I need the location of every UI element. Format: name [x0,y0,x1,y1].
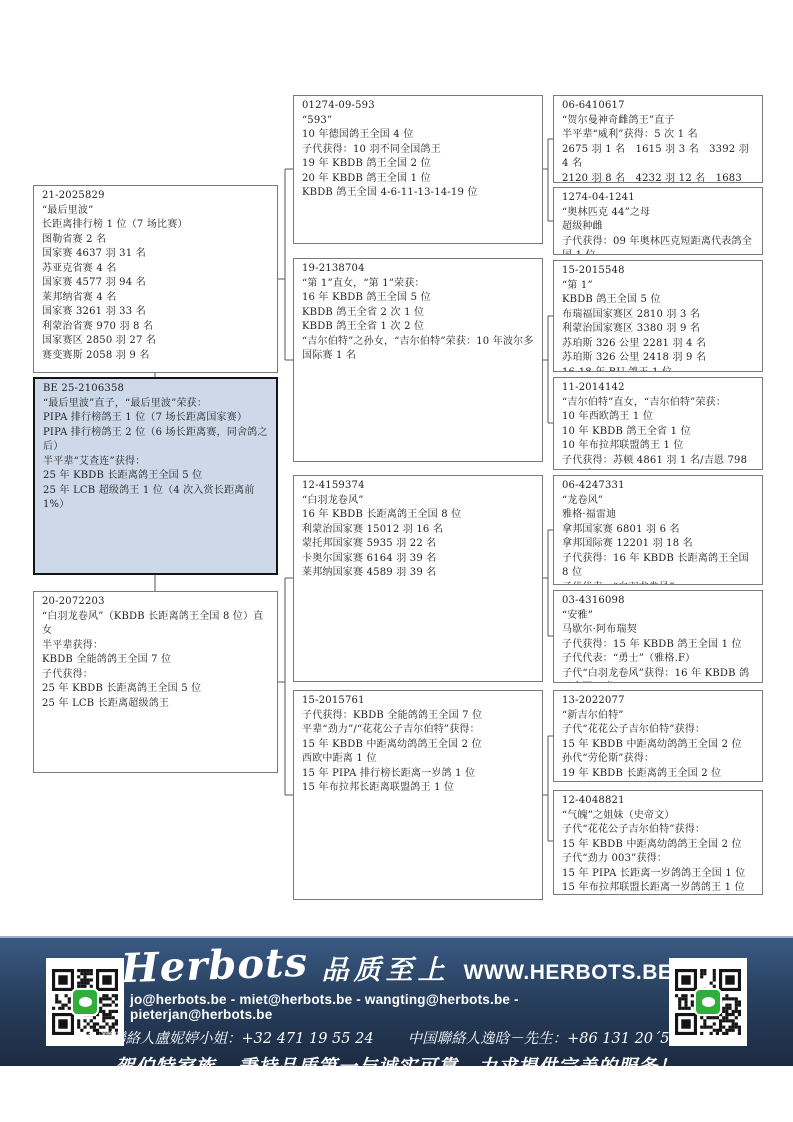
pedigree-box-grandsire-2: 12-4159374 “白羽龙卷风”16 年 KBDB 长距离鸽王全国 8 位利… [293,475,543,682]
achievement-list: “第 1”直女，“第 1”荣获：16 年 KBDB 鸽王全国 5 位KBDB 鸽… [302,277,535,364]
text-line: 长距离排行榜 1 位（7 场比赛） [42,218,270,233]
text-line: KBDB 全能鸽鸽王全国 7 位 [42,653,270,668]
herbots-logo: Herbots [120,941,308,991]
ring-number: 12-4048821 [562,794,755,809]
text-line: 蒙托邦国家赛 5935 羽 22 名 [302,537,535,552]
connector-gdam2-bracket [543,736,553,841]
text-line: 子代获得：10 羽不同全国鸽王 [302,143,535,158]
footer-content: Herbots 品质至上 WWW.HERBOTS.BE jo@herbots.b… [130,944,663,1062]
ring-number: 03-4316098 [562,594,755,609]
text-line: 赛变赛斯 2058 羽 9 名 [42,349,270,364]
contact-china: 中国聯絡人逸晗－先生：+86 131 20´5 0755 [408,1027,711,1048]
text-line: 10 年德国鸽王全国 4 位 [302,128,535,143]
text-line: 国家赛区 2850 羽 27 名 [42,334,270,349]
achievement-list: “最后里波”直子，“最后里波”荣获：PIPA 排行榜鸽王 1 位（7 场长距离国… [43,397,269,513]
pedigree-box-ggparent-5: 06-4247331 “龙卷风”雅格·福雷迪拿邦国家赛 6801 羽 6 名拿邦… [553,475,763,585]
achievement-list: 子代获得：KBDB 全能鸽鸽王全国 7 位平辈“劲力”/“花花公子吉尔伯特”获得… [302,709,535,796]
pedigree-box-sire: 21-2025829 “最后里波”长距离排行榜 1 位（7 场比赛）图勒省赛 2… [33,185,278,373]
ring-number: BE 25-2106358 [43,382,269,397]
text-line: 利蒙治国家赛区 3380 羽 9 名 [562,322,755,337]
text-line: 苏珀斯 326 公里 2418 羽 9 名 [562,351,755,366]
text-line: “新吉尔伯特” [562,709,755,724]
text-line: 子代获得： [42,668,270,683]
achievement-list: “最后里波”长距离排行榜 1 位（7 场比赛）图勒省赛 2 名国家赛 4637 … [42,204,270,364]
text-line: 半平辈获得： [42,639,270,654]
ring-number: 20-2072203 [42,595,270,610]
connector-sire-bracket [278,169,293,360]
achievement-list: “贺尔曼神奇雌鸽王”直子半平辈“威利”获得：5 次 1 名2675 羽 1 名 … [562,114,755,184]
ring-number: 21-2025829 [42,189,270,204]
text-line: 10 年 KBDB 鸽王全省 1 位 [562,425,755,440]
text-line: PIPA 排行榜鸽王 1 位（7 场长距离国家赛） [43,411,269,426]
text-line: “龙卷风” [562,494,755,509]
text-line: “最后里波”直子，“最后里波”荣获： [43,397,269,412]
footer-contacts-row: 台灣聯絡人盧妮婷小姐：+32 471 19 55 24 中国聯絡人逸晗－先生：+… [82,1027,711,1048]
connector-gdam1-bracket [543,316,553,423]
text-line: 16-18 年 BU 鸽王 1 位 [562,366,755,373]
text-line: 25 年 LCB 超级鸽王 1 位（4 次入赏长距离前 1%） [43,484,269,513]
text-line: 国家赛 3261 羽 33 名 [42,305,270,320]
text-line: 15 年 PIPA 长距离一岁鸽鸽王全国 1 位 [562,867,755,882]
pedigree-box-subject-highlighted: BE 25-2106358 “最后里波”直子，“最后里波”荣获：PIPA 排行榜… [33,377,278,575]
text-line: 10 年布拉邦联盟鸽王 1 位 [562,439,755,454]
text-line: 15 年 KBDB 中距离幼鸽鸽王全国 2 位 [562,738,755,753]
achievement-list: “新吉尔伯特”子代“花花公子吉尔伯特”获得：15 年 KBDB 中距离幼鸽鸽王全… [562,709,755,783]
pedigree-box-ggparent-1: 06-6410617 “贺尔曼神奇雌鸽王”直子半平辈“威利”获得：5 次 1 名… [553,95,763,183]
footer-email-links[interactable]: jo@herbots.be - miet@herbots.be - wangti… [130,992,663,1022]
text-line: 国家赛 4637 羽 31 名 [42,247,270,262]
wechat-icon [694,988,722,1016]
text-line: “第 1”直女，“第 1”荣获： [302,277,535,292]
text-line: 国家赛 4577 羽 94 名 [42,276,270,291]
text-line: “白羽龙卷风” [302,494,535,509]
text-line: “气魄”之姐妹（史帝文） [562,809,755,824]
text-line: 2675 羽 1 名 1615 羽 3 名 3392 羽 4 名 [562,143,755,172]
footer-tagline: 贺伯特家族...秉持品质第一与诚实可靠，力求提供完美的服务！ [115,1052,678,1079]
text-line: 25 年 KBDB 长距离鸽王全国 5 位 [42,682,270,697]
text-line: “最后里波” [42,204,270,219]
text-line: 图勒省赛 2 名 [42,233,270,248]
text-line: 子代“白羽龙卷风”获得：16 年 KBDB 鸽王全国 8 位 [562,667,755,684]
text-line: “593” [302,114,535,129]
footer-banner: Herbots 品质至上 WWW.HERBOTS.BE jo@herbots.b… [0,936,793,1066]
ring-number: 06-6410617 [562,99,755,114]
text-line: 19 年 KBDB 鸽王全国 2 位 [302,157,535,172]
line-icon [71,988,99,1016]
text-line: 苏亚克省赛 4 名 [42,262,270,277]
achievement-list: “白羽龙卷风”（KBDB 长距离鸽王全国 8 位）直女半平辈获得：KBDB 全能… [42,610,270,712]
text-line: 15 年 KBDB 中距离幼鸽鸽王全国 2 位 [562,838,755,853]
pedigree-box-ggparent-4: 11-2014142 “吉尔伯特”直女，“吉尔伯特”荣获：10 年西欧鸽王 1 … [553,377,763,470]
pedigree-box-dam: 20-2072203 “白羽龙卷风”（KBDB 长距离鸽王全国 8 位）直女半平… [33,591,278,773]
text-line: 17 年 KBDB 全能鸽鸽王全国 7 位 [562,781,755,782]
text-line: 布瑞福国家赛区 2810 羽 3 名 [562,308,755,323]
text-line: 子代获得：KBDB 全能鸽鸽王全国 7 位 [302,709,535,724]
ring-number: 19-2138704 [302,262,535,277]
pedigree-box-granddam-1: 19-2138704 “第 1”直女，“第 1”荣获：16 年 KBDB 鸽王全… [293,258,543,462]
text-line: PIPA 排行榜鸽王 2 位（6 场长距离赛，同舍鸽之后） [43,426,269,455]
text-line: 子代获得：苏顿 4861 羽 1 名/吉恩 798 羽 1 名 [562,454,755,471]
pedigree-page: 21-2025829 “最后里波”长距离排行榜 1 位（7 场比赛）图勒省赛 2… [0,0,793,1122]
text-line: 15 年布拉邦长距离联盟鸽王 1 位 [302,781,535,796]
text-line: 子代代表：“勇士”（雅格.F） [562,652,755,667]
connector-dam-bracket [278,578,293,795]
text-line: 超级种雌 [562,220,755,235]
text-line: 西欧中距离 1 位 [302,752,535,767]
text-line: 雅格·福雷迪 [562,508,755,523]
achievement-list: “白羽龙卷风”16 年 KBDB 长距离鸽王全国 8 位利蒙治国家赛 15012… [302,494,535,581]
text-line: 平辈“劲力”/“花花公子吉尔伯特”获得： [302,723,535,738]
wechat-qr-code [669,958,747,1046]
text-line: 半平辈“艾查连”获得： [43,455,269,470]
text-line: 孙代“劳伦斯”获得： [562,752,755,767]
pedigree-box-granddam-2: 15-2015761 子代获得：KBDB 全能鸽鸽王全国 7 位平辈“劲力”/“… [293,690,543,900]
text-line: 拿邦国家赛 6801 羽 6 名 [562,523,755,538]
ring-number: 13-2022077 [562,694,755,709]
text-line: 10 年西欧鸽王 1 位 [562,410,755,425]
text-line: 子代“花花公子吉尔伯特”获得： [562,823,755,838]
contact-taiwan: 台灣聯絡人盧妮婷小姐：+32 471 19 55 24 [82,1027,374,1048]
text-line: KBDB 鸽王全国 5 位 [562,293,755,308]
pedigree-box-ggparent-7: 13-2022077 “新吉尔伯特”子代“花花公子吉尔伯特”获得：15 年 KB… [553,690,763,782]
text-line: KBDB 鸽王全国 4-6-11-13-14-19 位 [302,186,535,201]
text-line: KBDB 鸽王全省 1 次 2 位 [302,320,535,335]
ring-number: 06-4247331 [562,479,755,494]
connector-gsire1-bracket [543,139,553,221]
text-line: 卡奥尔国家赛 6164 羽 39 名 [302,552,535,567]
connector-gsire2-bracket [543,530,553,636]
achievement-list: “第 1”KBDB 鸽王全国 5 位布瑞福国家赛区 2810 羽 3 名利蒙治国… [562,279,755,373]
text-line: 15 年布拉邦联盟长距离一岁鸽鸽王 1 位 [562,881,755,895]
text-line: 子代代表：“白羽龙卷风” [562,581,755,586]
text-line: 16 年 KBDB 鸽王全国 5 位 [302,291,535,306]
text-line: 马歇尔·阿布瑞契 [562,623,755,638]
text-line: “贺尔曼神奇雌鸽王”直子 [562,114,755,129]
text-line: 25 年 KBDB 长距离鸽王全国 5 位 [43,469,269,484]
achievement-list: “593”10 年德国鸽王全国 4 位子代获得：10 羽不同全国鸽王19 年 K… [302,114,535,201]
text-line: 子代获得：15 年 KBDB 鸽王全国 1 位 [562,638,755,653]
text-line: 拿邦国际赛 12201 羽 18 名 [562,537,755,552]
text-line: 子代“花花公子吉尔伯特”获得： [562,723,755,738]
text-line: “第 1” [562,279,755,294]
achievement-list: “吉尔伯特”直女，“吉尔伯特”荣获：10 年西欧鸽王 1 位10 年 KBDB … [562,396,755,471]
text-line: 利蒙治国家赛 15012 羽 16 名 [302,523,535,538]
text-line: “吉尔伯特”之孙女，“吉尔伯特”荣获：10 年波尔多国际赛 1 名 [302,335,535,364]
pedigree-box-ggparent-2: 1274-04-1241 “奥林匹克 44”之母超级种雌子代获得：09 年奥林匹… [553,187,763,255]
text-line: “白羽龙卷风”（KBDB 长距离鸽王全国 8 位）直女 [42,610,270,639]
pedigree-box-ggparent-3: 15-2015548 “第 1”KBDB 鸽王全国 5 位布瑞福国家赛区 281… [553,260,763,372]
text-line: “吉尔伯特”直女，“吉尔伯特”荣获： [562,396,755,411]
ring-number: 11-2014142 [562,381,755,396]
text-line: 子代获得：16 年 KBDB 长距离鸽王全国 8 位 [562,552,755,581]
text-line: 半平辈“威利”获得：5 次 1 名 [562,128,755,143]
achievement-list: “奥林匹克 44”之母超级种雌子代获得：09 年奥林匹克短距离代表鸽全国 1 位 [562,206,755,256]
ring-number: 12-4159374 [302,479,535,494]
text-line: “奥林匹克 44”之母 [562,206,755,221]
text-line: 莱邦纳国家赛 4589 羽 39 名 [302,566,535,581]
text-line: 利蒙治省赛 970 羽 8 名 [42,320,270,335]
text-line: 19 年 KBDB 长距离鸽王全国 2 位 [562,767,755,782]
pedigree-box-ggparent-8: 12-4048821 “气魄”之姐妹（史帝文）子代“花花公子吉尔伯特”获得：15… [553,790,763,895]
ring-number: 15-2015548 [562,264,755,279]
text-line: 20 年 KBDB 鸽王全国 1 位 [302,172,535,187]
text-line: KBDB 鸽王全省 2 次 1 位 [302,306,535,321]
footer-website-link[interactable]: WWW.HERBOTS.BE [464,961,673,985]
ring-number: 1274-04-1241 [562,191,755,206]
text-line: 15 年 KBDB 中距离幼鸽鸽王全国 2 位 [302,738,535,753]
text-line: 子代获得：09 年奥林匹克短距离代表鸽全国 1 位 [562,235,755,256]
pedigree-box-grandsire-1: 01274-09-593 “593”10 年德国鸽王全国 4 位子代获得：10 … [293,95,543,244]
achievement-list: “龙卷风”雅格·福雷迪拿邦国家赛 6801 羽 6 名拿邦国际赛 12201 羽… [562,494,755,586]
achievement-list: “安雅”马歇尔·阿布瑞契子代获得：15 年 KBDB 鸽王全国 1 位子代代表：… [562,609,755,684]
text-line: 苏珀斯 326 公里 2281 羽 4 名 [562,337,755,352]
footer-brand-row: Herbots 品质至上 WWW.HERBOTS.BE [121,944,673,988]
text-line: 15 年 PIPA 排行榜长距离一岁鸽 1 位 [302,767,535,782]
text-line: “安雅” [562,609,755,624]
text-line: 2120 羽 8 名 4232 羽 12 名 1683 羽 13 名 [562,172,755,184]
footer-slogan: 品质至上 [322,948,450,987]
pedigree-box-ggparent-6: 03-4316098 “安雅”马歇尔·阿布瑞契子代获得：15 年 KBDB 鸽王… [553,590,763,683]
text-line: 25 年 LCB 长距离超级鸽王 [42,697,270,712]
achievement-list: “气魄”之姐妹（史帝文）子代“花花公子吉尔伯特”获得：15 年 KBDB 中距离… [562,809,755,896]
ring-number: 15-2015761 [302,694,535,709]
text-line: 子代“劲力 003”获得： [562,852,755,867]
text-line: 莱邦纳省赛 4 名 [42,291,270,306]
ring-number: 01274-09-593 [302,99,535,114]
text-line: 16 年 KBDB 长距离鸽王全国 8 位 [302,508,535,523]
